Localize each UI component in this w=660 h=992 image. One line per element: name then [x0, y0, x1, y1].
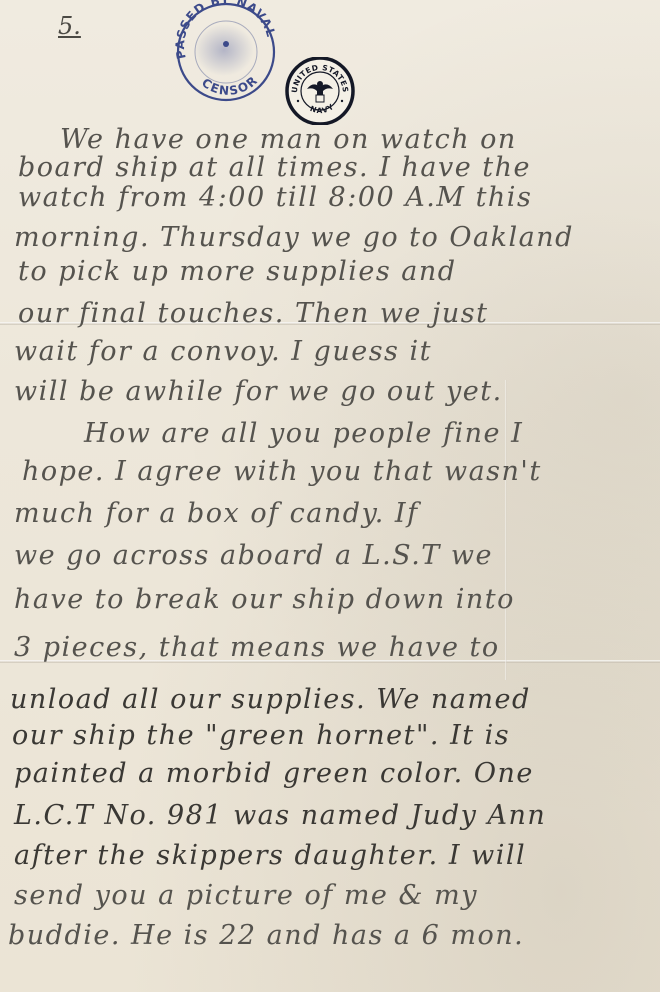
- letter-line: board ship at all times. I have the: [18, 152, 531, 183]
- letter-line: morning. Thursday we go to Oakland: [14, 222, 574, 253]
- letter-line: 3 pieces, that means we have to: [14, 632, 500, 663]
- svg-text:CENSOR: CENSOR: [199, 73, 261, 98]
- letter-line: have to break our ship down into: [14, 584, 515, 615]
- letter-line: How are all you people fine I: [84, 418, 523, 449]
- letter-line: send you a picture of me & my: [14, 880, 478, 911]
- naval-censor-stamp-icon: PASSED BY NAVAL CENSOR: [170, 0, 282, 104]
- letter-line: wait for a convoy. I guess it: [14, 336, 432, 367]
- letter-line: much for a box of candy. If: [14, 498, 419, 529]
- letter-line: hope. I agree with you that wasn't: [22, 456, 542, 487]
- letter-line: we go across aboard a L.S.T we: [14, 540, 493, 571]
- letter-line: We have one man on watch on: [60, 124, 517, 155]
- letter-line: unload all our supplies. We named: [10, 684, 531, 715]
- letter-line: will be awhile for we go out yet.: [14, 376, 503, 407]
- letter-line: buddie. He is 22 and has a 6 mon.: [8, 920, 524, 951]
- letter-line: painted a morbid green color. One: [14, 758, 534, 789]
- letter-line: watch from 4:00 till 8:00 A.M this: [18, 182, 532, 213]
- letter-line: to pick up more supplies and: [18, 256, 457, 287]
- letter-line: after the skippers daughter. I will: [14, 840, 526, 871]
- page-number: 5.: [58, 12, 81, 40]
- letter-page: 5. PASSED BY NAVAL CENSOR UNIT: [0, 0, 660, 992]
- letter-line: L.C.T No. 981 was named Judy Ann: [14, 800, 546, 831]
- letter-line: our ship the "green hornet". It is: [12, 720, 510, 751]
- letter-line: our final touches. Then we just: [18, 298, 488, 329]
- us-navy-seal-icon: UNITED STATES NAVY: [285, 57, 355, 125]
